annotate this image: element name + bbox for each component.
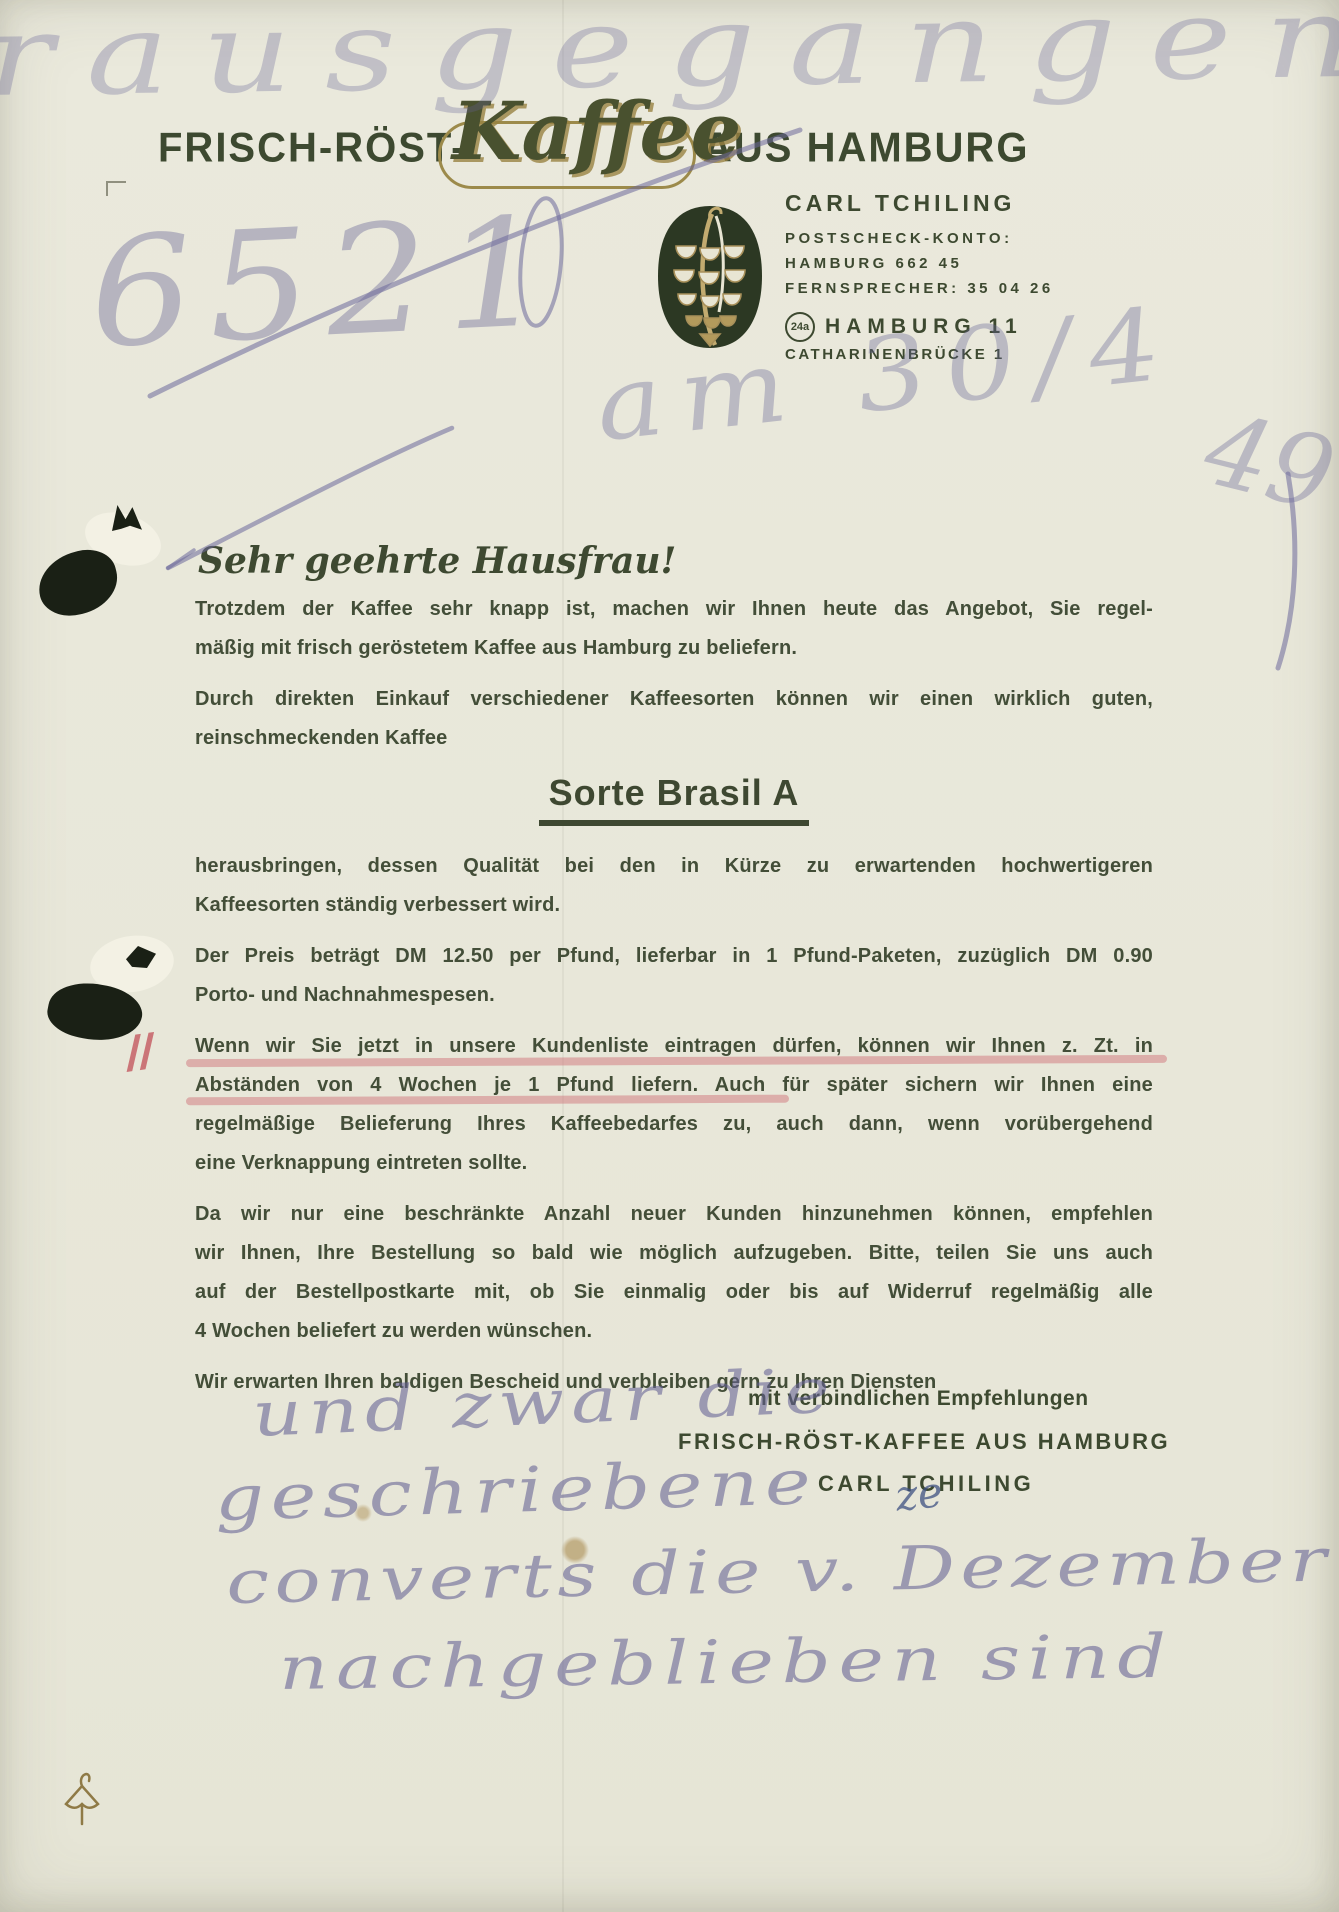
letter-line: Da wir nur eine beschränkte Anzahl neuer… [195, 1195, 1153, 1234]
letter-line: Wenn wir Sie jetzt in unsere Kundenliste… [195, 1027, 1153, 1066]
letter-line: auf der Bestellpostkarte mit, ob Sie ein… [195, 1273, 1153, 1312]
scanned-letter-page: FRISCH-RÖST- Kaffee AUS HAMBURG CARL TCH… [0, 0, 1339, 1912]
letter-line: regelmäßige Belieferung Ihres Kaffeebeda… [195, 1105, 1153, 1144]
phone-number: FERNSPRECHER: 35 04 26 [785, 276, 1054, 301]
handwriting-top-scrawl: rausgegangen [0, 0, 1339, 122]
letter-body: Trotzdem der Kaffee sehr knapp ist, mach… [195, 590, 1153, 1414]
letter-line: mäßig mit frisch geröstetem Kaffee aus H… [195, 629, 1153, 668]
letter-line: Der Preis beträgt DM 12.50 per Pfund, li… [195, 937, 1153, 976]
letter-line: Porto- und Nachnahmespesen. [195, 976, 1153, 1015]
handwriting-small-mark: ze [893, 1467, 945, 1521]
letterhead-right: AUS HAMBURG [703, 125, 1029, 172]
printer-ornament-icon [58, 1766, 106, 1830]
letter-line: Kaffeesorten ständig verbessert wird. [195, 886, 1153, 925]
handwriting-note-line: geschriebene [213, 1445, 818, 1535]
paragraph: Trotzdem der Kaffee sehr knapp ist, mach… [195, 590, 1153, 668]
letter-line: Trotzdem der Kaffee sehr knapp ist, mach… [195, 590, 1153, 629]
paragraph: Der Preis beträgt DM 12.50 per Pfund, li… [195, 937, 1153, 1015]
paragraph: Da wir nur eine beschränkte Anzahl neuer… [195, 1195, 1153, 1351]
headline-sorte-brasil: Sorte Brasil A [539, 773, 810, 826]
paragraph: Wenn wir Sie jetzt in unsere Kundenliste… [195, 1027, 1153, 1183]
coffee-plant-emblem-icon [652, 204, 768, 350]
letter-line: reinschmeckenden Kaffee [195, 719, 1153, 758]
handwriting-note-line: converts die v. Dezember [225, 1525, 1333, 1618]
letter-line: Abständen von 4 Wochen je 1 Pfund liefer… [195, 1066, 1153, 1105]
handwriting-date-year: 49 [1194, 390, 1339, 534]
handwriting-number: 6521 [85, 185, 567, 382]
handwriting-note-line: nachgeblieben sind [278, 1622, 1175, 1704]
letter-line: eine Verknappung eintreten sollte. [195, 1144, 1153, 1183]
letter-line: herausbringen, dessen Qualität bei den i… [195, 847, 1153, 886]
company-owner-name: CARL TCHILING [785, 190, 1054, 217]
letter-line: 4 Wochen beliefert zu werden wünschen. [195, 1312, 1153, 1351]
letter-line: Durch direkten Einkauf verschiedener Kaf… [195, 680, 1153, 719]
postscheck-label: POSTSCHECK-KONTO: [785, 226, 1054, 251]
crop-mark [106, 181, 126, 196]
postscheck-number: HAMBURG 662 45 [785, 251, 1054, 276]
paragraph: Durch direkten Einkauf verschiedener Kaf… [195, 680, 1153, 758]
paragraph: herausbringen, dessen Qualität bei den i… [195, 847, 1153, 925]
letter-line: wir Ihnen, Ihre Bestellung so bald wie m… [195, 1234, 1153, 1273]
letterhead-left: FRISCH-RÖST- [158, 125, 466, 172]
salutation: Sehr geehrte Hausfrau! [198, 540, 676, 582]
